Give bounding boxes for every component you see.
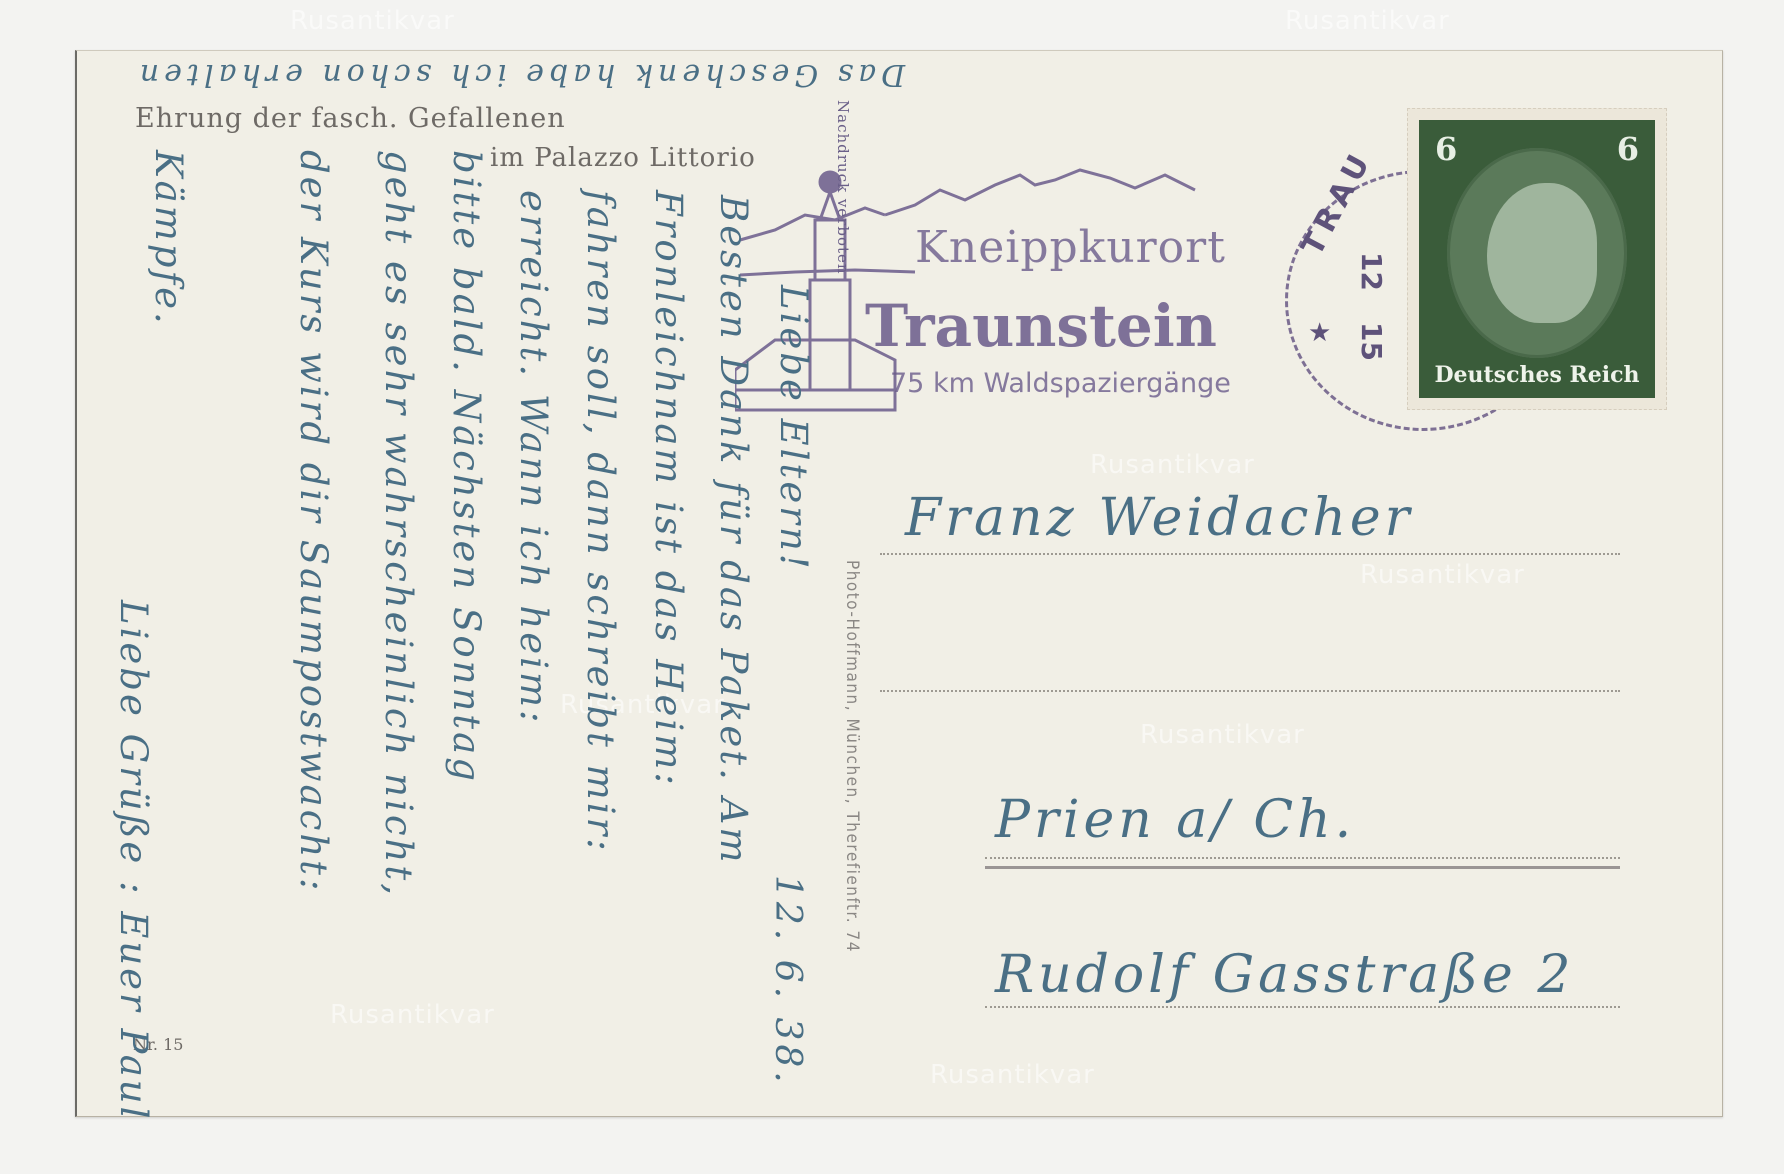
message-column: Kämpfe. (147, 150, 190, 327)
message-column: erreicht. Wann ich heim: (512, 190, 555, 726)
message-date: 12. 6. 38. (767, 875, 808, 1087)
address-line-3-underline (985, 866, 1620, 869)
postmark-star-icon: ★ (1308, 318, 1331, 348)
recipient-name: Franz Weidacher (905, 488, 1414, 548)
address-line-4 (985, 1006, 1620, 1008)
card-caption-line2: im Palazzo Littorio (490, 143, 756, 173)
message-column: Liebe Eltern! (772, 285, 815, 572)
address-line-1 (880, 553, 1620, 555)
card-caption-line1: Ehrung der fasch. Gefallenen (135, 103, 566, 134)
message-column: Besten Dank für das Paket. Am (712, 195, 755, 865)
publisher-imprint: Photo-Hoffmann, München, Therefienftr. 7… (842, 560, 862, 953)
watermark: Rusantikvar (290, 6, 455, 36)
message-column: geht es sehr wahrscheinlich nicht, (377, 150, 420, 898)
address-line-3 (985, 857, 1620, 859)
slogan-line3: 75 km Waldspaziergänge (890, 368, 1231, 399)
message-column: fahren soll, dann schreibt mir: (579, 190, 622, 854)
recipient-city: Prien a/ Ch. (995, 790, 1355, 850)
stamp-value-left: 6 (1435, 130, 1457, 168)
postmark-date-line1: 12 (1355, 252, 1388, 291)
stamp-label: Deutsches Reich (1419, 362, 1655, 388)
watermark: Rusantikvar (1285, 6, 1450, 36)
reproduction-notice: Nachdruck verboten (834, 100, 852, 275)
recipient-street: Rudolf Gasstraße 2 (995, 945, 1574, 1005)
postage-stamp: 6 6 Deutsches Reich (1407, 108, 1667, 410)
message-top-line: Das Geschenk habe ich schon erhalten (110, 57, 930, 92)
postmark-date-line2: 15 (1355, 322, 1388, 361)
portrait-head-icon (1487, 183, 1597, 323)
portrait-medallion (1447, 148, 1627, 358)
message-column: Fronleichnam ist das Heim: (647, 190, 690, 788)
slogan-line1: Kneippkurort (915, 222, 1226, 273)
message-column: bitte bald. Nächsten Sonntag (445, 150, 488, 784)
message-column: der Kurs wird dir Saumpostwacht: (292, 150, 335, 893)
message-closing: Liebe Grüße : Euer Paul (112, 600, 155, 1121)
stamp-value-right: 6 (1617, 130, 1639, 168)
address-line-2 (880, 690, 1620, 692)
slogan-line2: Traunstein (865, 292, 1217, 360)
